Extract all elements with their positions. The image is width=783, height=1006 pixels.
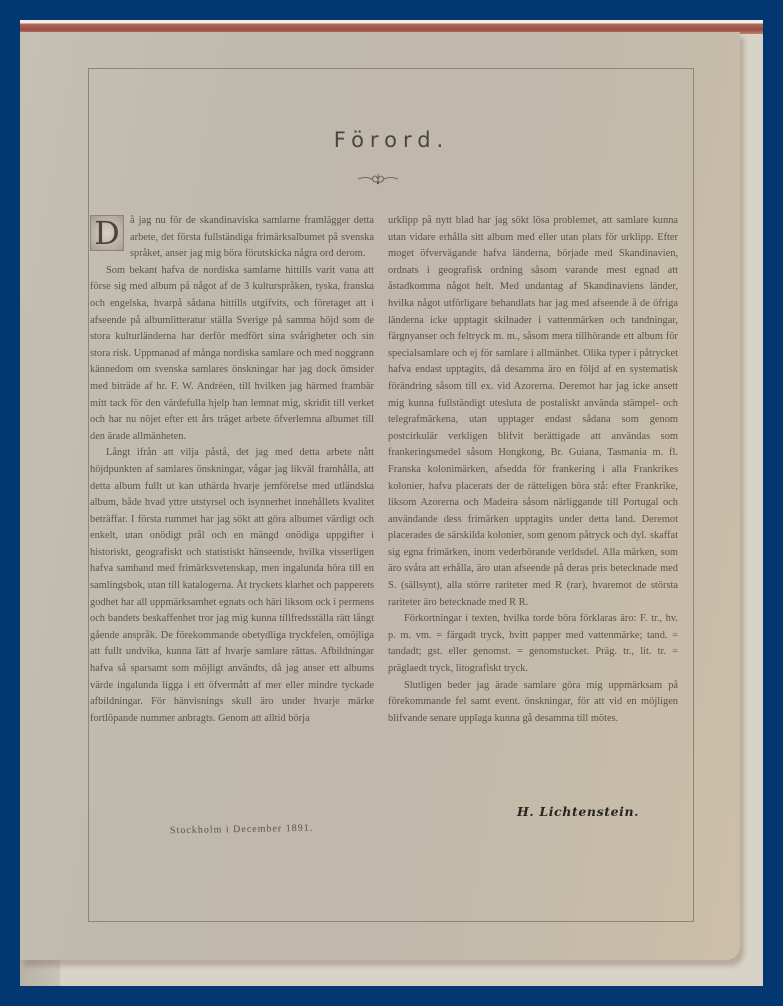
paragraph: Långt ifrån att vilja påstå, det jag med… bbox=[90, 445, 374, 727]
paragraph: Slutligen beder jag ärade samlare göra m… bbox=[388, 678, 678, 728]
left-text-column: Då jag nu för de skandinaviska samlarne … bbox=[90, 213, 374, 727]
fleuron-ornament-icon bbox=[356, 172, 400, 186]
paragraph: Då jag nu för de skandinaviska samlarne … bbox=[90, 213, 374, 263]
paragraph: urklipp på nytt blad har jag sökt lösa p… bbox=[388, 213, 678, 611]
paragraph: Förkortningar i texten, hvilka torde bör… bbox=[388, 611, 678, 677]
paragraph: Som bekant hafva de nordiska samlarne hi… bbox=[90, 263, 374, 446]
page-title: Förord. bbox=[0, 128, 783, 152]
right-text-column: urklipp på nytt blad har jag sökt lösa p… bbox=[388, 213, 678, 727]
author-signature: H. Lichtenstein. bbox=[517, 804, 639, 819]
drop-cap: D bbox=[90, 215, 124, 251]
